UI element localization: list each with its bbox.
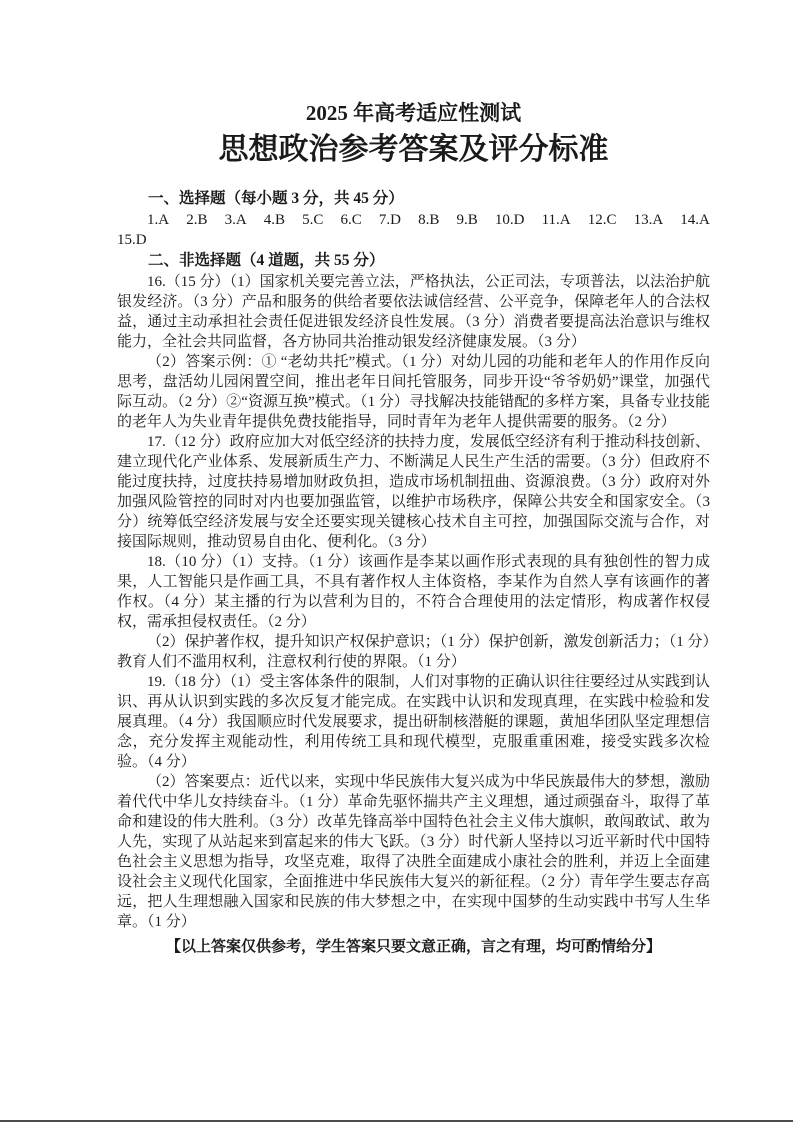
answer-paragraph-q16-part1: 16.（15 分）（1）国家机关要完善立法，严格执法，公正司法，专项普法，以法治… <box>117 272 710 352</box>
answer-item: 12.C <box>588 210 617 230</box>
answer-item: 2.B <box>186 210 207 230</box>
exam-title: 2025 年高考适应性测试 <box>117 100 710 126</box>
answer-paragraph-q19-part2: （2）答案要点：近代以来，实现中华民族伟大复兴成为中华民族最伟大的梦想，激励着代… <box>117 772 710 932</box>
answer-paragraph-q18-part2: （2）保护著作权，提升知识产权保护意识；（1 分）保护创新，激发创新活力；（1 … <box>117 632 710 672</box>
document-page: 2025 年高考适应性测试 思想政治参考答案及评分标准 一、选择题（每小题 3 … <box>0 0 793 957</box>
answer-paragraph-q19-part1: 19.（18 分）（1）受主客体条件的限制，人们对事物的正确认识往往要经过从实践… <box>117 672 710 772</box>
answer-item: 15.D <box>117 232 147 248</box>
choice-answers-row-1: 1.A 2.B 3.A 4.B 5.C 6.C 7.D 8.B 9.B 10.D… <box>117 210 710 230</box>
answer-item: 13.A <box>634 210 664 230</box>
answer-item: 1.A <box>147 210 169 230</box>
answer-item: 5.C <box>302 210 323 230</box>
answer-item: 4.B <box>264 210 285 230</box>
answer-item: 11.A <box>542 210 571 230</box>
answer-item: 10.D <box>495 210 525 230</box>
grading-note: 【以上答案仅供参考，学生答案只要文意正确，言之有理，均可酌情给分】 <box>117 937 710 957</box>
answer-item: 7.D <box>379 210 401 230</box>
answer-paragraph-q18-part1: 18.（10 分）（1）支持。（1 分）该画作是李某以画作形式表现的具有独创性的… <box>117 552 710 632</box>
answer-paragraph-q17: 17.（12 分）政府应加大对低空经济的扶持力度，发展低空经济有利于推动科技创新… <box>117 432 710 552</box>
choice-answers-row-2: 15.D <box>117 230 710 250</box>
answer-paragraph-q16-part2: （2）答案示例：① “老幼共托”模式。（1 分）对幼儿园的功能和老年人的作用作反… <box>117 352 710 432</box>
answer-item: 14.A <box>680 210 710 230</box>
page-content: 2025 年高考适应性测试 思想政治参考答案及评分标准 一、选择题（每小题 3 … <box>0 0 793 957</box>
answer-item: 9.B <box>456 210 477 230</box>
answer-item: 3.A <box>225 210 247 230</box>
page-title: 思想政治参考答案及评分标准 <box>117 132 710 168</box>
answer-item: 6.C <box>341 210 362 230</box>
section-heading-non-choice: 二、非选择题（4 道题，共 55 分） <box>117 250 710 272</box>
answer-item: 8.B <box>418 210 439 230</box>
section-heading-multiple-choice: 一、选择题（每小题 3 分，共 45 分） <box>117 188 710 210</box>
